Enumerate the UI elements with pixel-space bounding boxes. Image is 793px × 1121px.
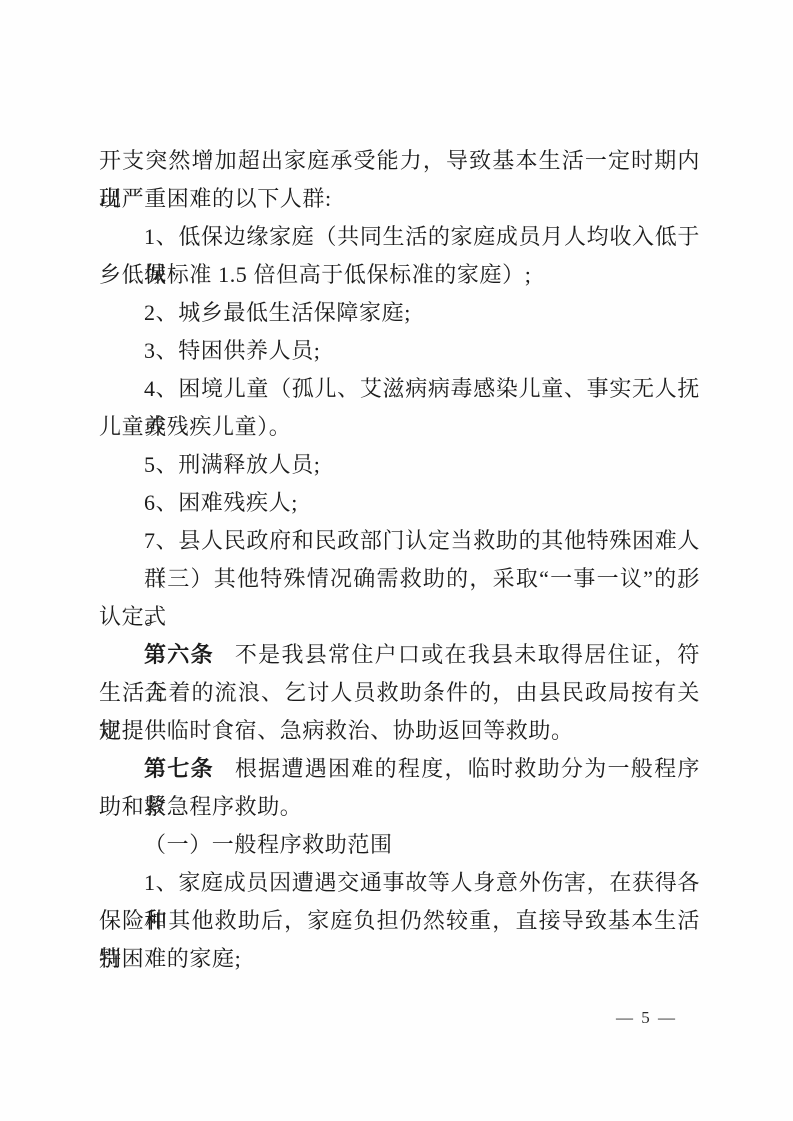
document-page: 开支突然增加超出家庭承受能力，导致基本生活一定时期内出现严重困难的以下人群:1、… [0, 0, 793, 1121]
text-line: 现严重困难的以下人群: [99, 180, 700, 218]
text-line: 3、特困供养人员; [99, 332, 700, 370]
text-line: 保险和其他救助后，家庭负担仍然较重，直接导致基本生活特 [99, 902, 700, 940]
text-line: 儿童或残疾儿童）。 [99, 408, 700, 446]
text-line: 7、县人民政府和民政部门认定当救助的其他特殊困难人群。 [99, 522, 700, 560]
text-line: （三）其他特殊情况确需救助的，采取“一事一议”的形式 [99, 560, 700, 598]
article-number: 第七条 [144, 756, 214, 781]
text-line: 乡低保标准 1.5 倍但高于低保标准的家庭）; [99, 256, 700, 294]
text-line: 4、困境儿童（孤儿、艾滋病病毒感染儿童、事实无人抚养 [99, 370, 700, 408]
text-line: 定提供临时食宿、急病救治、协助返回等救助。 [99, 712, 700, 750]
text-line: 开支突然增加超出家庭承受能力，导致基本生活一定时期内出 [99, 142, 700, 180]
text-line: 5、刑满释放人员; [99, 446, 700, 484]
text-line: 1、低保边缘家庭（共同生活的家庭成员月人均收入低于城 [99, 218, 700, 256]
text-line: 2、城乡最低生活保障家庭; [99, 294, 700, 332]
text-line: 助和紧急程序救助。 [99, 788, 700, 826]
text-line: 认定。 [99, 598, 700, 636]
text-line: （一）一般程序救助范围 [99, 826, 700, 864]
text-line: 6、困难残疾人; [99, 484, 700, 522]
article-number: 第六条 [144, 642, 214, 667]
text-line: 第七条根据遭遇困难的程度，临时救助分为一般程序救 [99, 750, 700, 788]
text-line: 1、家庭成员因遭遇交通事故等人身意外伤害，在获得各种 [99, 864, 700, 902]
document-lines: 开支突然增加超出家庭承受能力，导致基本生活一定时期内出现严重困难的以下人群:1、… [99, 142, 700, 978]
text-line: 生活无着的流浪、乞讨人员救助条件的，由县民政局按有关规 [99, 674, 700, 712]
page-number: — 5 — [616, 1008, 677, 1028]
text-line: 别困难的家庭; [99, 940, 700, 978]
text-line: 第六条不是我县常住户口或在我县未取得居住证，符合 [99, 636, 700, 674]
